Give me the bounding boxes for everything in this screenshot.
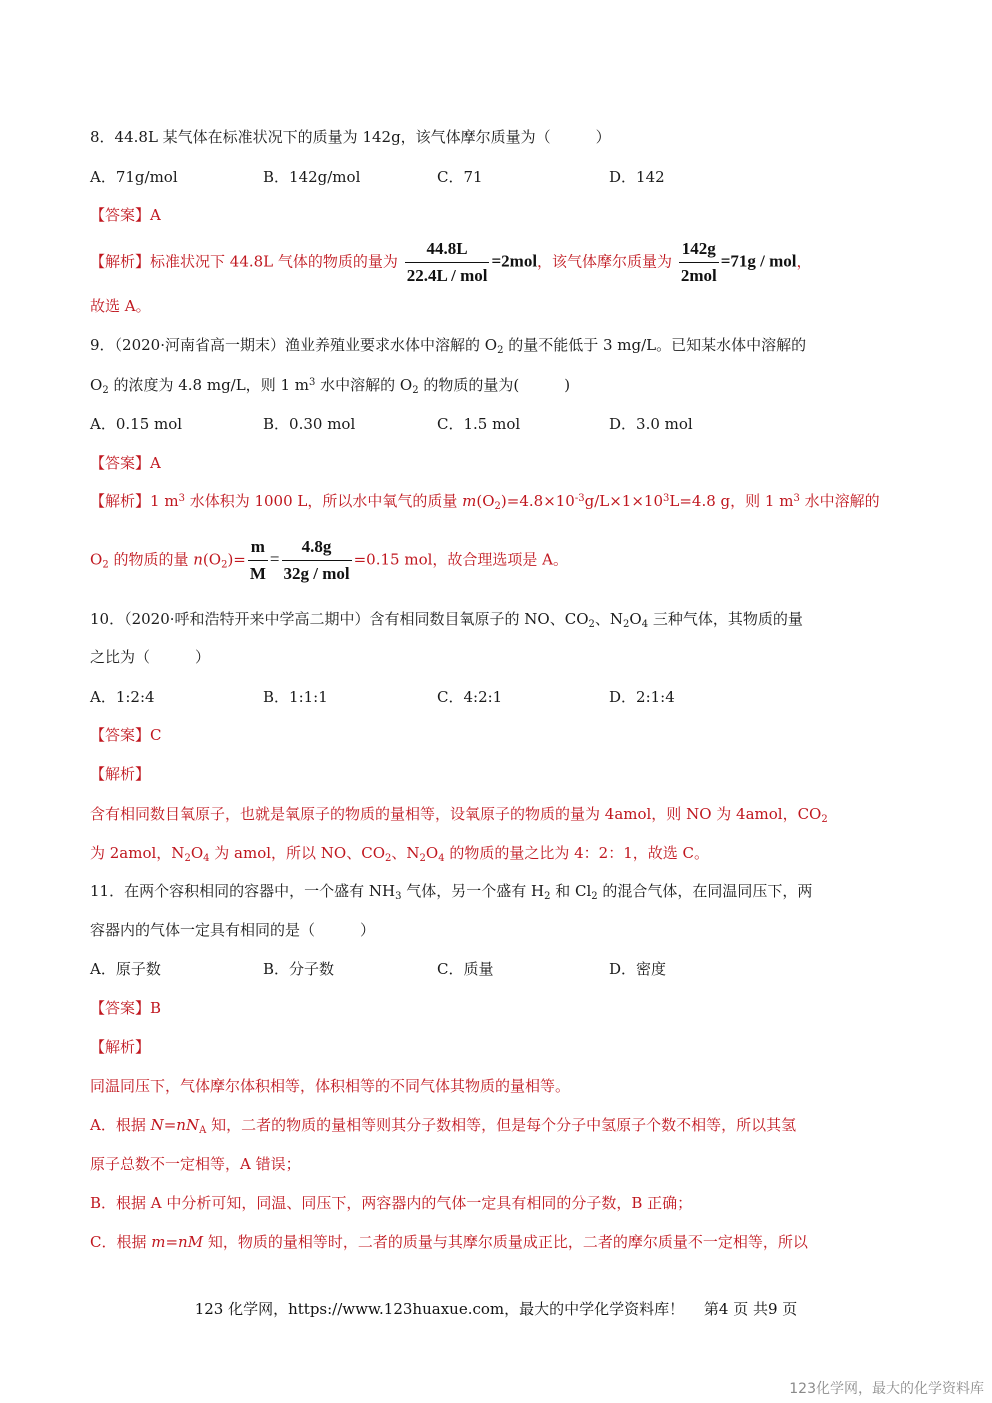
text: 水中溶解的 O: [315, 376, 412, 394]
fraction-moles: 44.8L22.4L / mol: [405, 238, 490, 287]
text: )=4.8×10: [501, 492, 575, 510]
q10-option-c: C．4:2:1: [437, 687, 502, 707]
text: 知，物质的量相等时，二者的质量与其摩尔质量成正比，二者的摩尔质量不一定相等，所以: [203, 1233, 808, 1251]
text: 的物质的量为( ): [419, 376, 570, 394]
fraction-molar-mass: 142g2mol: [679, 238, 719, 287]
q8-option-d: D．142: [609, 167, 665, 187]
q10-stem-line1: 10．（2020·呼和浩特开来中学高二期中）含有相同数目氧原子的 NO、CO2、…: [90, 609, 803, 629]
result-value: =2mol: [491, 252, 537, 271]
q8-answer: 【答案】A: [90, 205, 161, 225]
result-value: =71g / mol: [721, 252, 797, 271]
text: g/L×1×10: [585, 492, 663, 510]
q11-answer: 【答案】B: [90, 998, 161, 1018]
text: 的物质的量之比为 4：2：1，故选 C。: [445, 844, 709, 862]
text: =0.15 mol，故合理选项是 A。: [354, 551, 568, 569]
text: 11．在两个容积相同的容器中，一个盛有 NH: [90, 882, 395, 900]
answer-label: 【答案】: [90, 726, 150, 744]
q11-analysis-line4: B．根据 A 中分析可知，同温、同压下，两容器内的气体一定具有相同的分子数，B …: [90, 1193, 692, 1213]
text: O: [426, 844, 438, 862]
analysis-label: 【解析】: [90, 492, 150, 510]
answer-value: A: [150, 454, 161, 472]
italic-formula: m=nM: [151, 1233, 203, 1251]
fraction-numerator: 142g: [679, 238, 719, 263]
text: 、N: [595, 610, 623, 628]
text: C．根据: [90, 1233, 151, 1251]
text: 9．（2020·河南省高一期末）渔业养殖业要求水体中溶解的 O: [90, 336, 497, 354]
q9-option-c: C．1.5 mol: [437, 414, 520, 434]
italic-formula: N=nN: [151, 1116, 199, 1134]
text: (O: [476, 492, 494, 510]
answer-label: 【答案】: [90, 999, 150, 1017]
fraction-denominator: 2mol: [679, 263, 719, 287]
q9-answer: 【答案】A: [90, 453, 161, 473]
text: 的浓度为 4.8 mg/L，则 1 m: [109, 376, 309, 394]
text: )=: [227, 551, 245, 569]
q10-analysis-label: 【解析】: [90, 764, 150, 784]
text: 1 m: [150, 492, 179, 510]
q11-analysis-line5: C．根据 m=nM 知，物质的量相等时，二者的质量与其摩尔质量成正比，二者的摩尔…: [90, 1232, 808, 1252]
text: (O: [203, 551, 221, 569]
q11-analysis-line2: A．根据 N=nNA 知，二者的物质的量相等则其分子数相等，但是每个分子中氢原子…: [90, 1115, 796, 1135]
q11-option-c: C．质量: [437, 959, 493, 979]
q8-option-b: B．142g/mol: [263, 167, 360, 187]
text: A．根据: [90, 1116, 151, 1134]
q8-analysis: 【解析】标准状况下 44.8L 气体的物质的量为 44.8L22.4L / mo…: [90, 238, 812, 287]
text: L=4.8 g，则 1 m: [669, 492, 793, 510]
analysis-text: 标准状况下 44.8L 气体的物质的量为: [150, 253, 398, 271]
italic-var: m: [462, 492, 476, 510]
italic-var: n: [193, 551, 203, 569]
text: 为 2amol，N: [90, 844, 184, 862]
q9-option-a: A．0.15 mol: [90, 414, 182, 434]
q9-option-d: D．3.0 mol: [609, 414, 693, 434]
text: 含有相同数目氧原子，也就是氧原子的物质的量相等，设氧原子的物质的量为 4amol…: [90, 805, 821, 823]
text: 水体积为 1000 L，所以水中氧气的质量: [185, 492, 462, 510]
q11-stem-line1: 11．在两个容积相同的容器中，一个盛有 NH3 气体，另一个盛有 H2 和 Cl…: [90, 881, 812, 901]
q11-option-d: D．密度: [609, 959, 666, 979]
watermark: 123化学网，最大的化学资料库: [789, 1378, 984, 1398]
q10-analysis-line1: 含有相同数目氧原子，也就是氧原子的物质的量相等，设氧原子的物质的量为 4amol…: [90, 804, 828, 824]
answer-label: 【答案】: [90, 206, 150, 224]
text: 的量不能低于 3 mg/L。已知某水体中溶解的: [503, 336, 806, 354]
fraction-numerator: 4.8g: [282, 536, 352, 561]
text: O: [90, 551, 102, 569]
q11-option-b: B．分子数: [263, 959, 334, 979]
answer-value: C: [150, 726, 161, 744]
q10-stem-line2: 之比为（ ）: [90, 647, 210, 667]
text: 和 Cl: [550, 882, 591, 900]
text: 、N: [391, 844, 419, 862]
analysis-text: ，该气体摩尔质量为: [537, 253, 672, 271]
text: 水中溶解的: [800, 492, 880, 510]
fraction-denominator: M: [248, 561, 268, 585]
punctuation: ，: [797, 253, 812, 271]
text: O: [90, 376, 102, 394]
q8-conclusion: 故选 A。: [90, 296, 151, 316]
fraction-value: 4.8g32g / mol: [282, 536, 352, 585]
text: O: [191, 844, 203, 862]
q9-stem-line1: 9．（2020·河南省高一期末）渔业养殖业要求水体中溶解的 O2 的量不能低于 …: [90, 335, 806, 355]
subscript: 2: [821, 814, 827, 825]
q8-option-a: A．71g/mol: [90, 167, 178, 187]
analysis-label: 【解析】: [90, 253, 150, 271]
fraction-denominator: 22.4L / mol: [405, 263, 490, 287]
q9-analysis-line2: O2 的物质的量 n(O2)=mM=4.8g32g / mol=0.15 mol…: [90, 536, 568, 585]
equals-sign: =: [270, 550, 280, 569]
page-footer: 123 化学网，https://www.123huaxue.com，最大的中学化…: [0, 1298, 992, 1319]
answer-value: B: [150, 999, 161, 1017]
text: 的混合气体，在同温同压下，两: [598, 882, 813, 900]
q9-analysis-line1: 【解析】1 m3 水体积为 1000 L，所以水中氧气的质量 m(O2)=4.8…: [90, 491, 880, 511]
text: O: [629, 610, 641, 628]
q11-stem-line2: 容器内的气体一定具有相同的是（ ）: [90, 920, 375, 940]
q10-option-a: A．1:2:4: [90, 687, 155, 707]
answer-value: A: [150, 206, 161, 224]
q11-analysis-line3: 原子总数不一定相等，A 错误；: [90, 1154, 301, 1174]
q9-stem-line2: O2 的浓度为 4.8 mg/L，则 1 m3 水中溶解的 O2 的物质的量为(…: [90, 375, 570, 395]
text: 的物质的量: [109, 551, 194, 569]
q10-option-b: B．1:1:1: [263, 687, 328, 707]
q11-analysis-label: 【解析】: [90, 1037, 150, 1057]
text: 气体，另一个盛有 H: [401, 882, 544, 900]
q10-analysis-line2: 为 2amol，N2O4 为 amol，所以 NO、CO2、N2O4 的物质的量…: [90, 843, 709, 863]
text: 三种气体，其物质的量: [648, 610, 803, 628]
q8-stem: 8．44.8L 某气体在标准状况下的质量为 142g，该气体摩尔质量为（ ）: [90, 127, 611, 147]
q11-analysis-line1: 同温同压下，气体摩尔体积相等，体积相等的不同气体其物质的量相等。: [90, 1076, 570, 1096]
fraction-m-over-M: mM: [248, 536, 268, 585]
q11-option-a: A．原子数: [90, 959, 161, 979]
text: 为 amol，所以 NO、CO: [210, 844, 386, 862]
q10-option-d: D．2:1:4: [609, 687, 675, 707]
superscript: -3: [575, 493, 585, 504]
q10-answer: 【答案】C: [90, 725, 162, 745]
text: 10．（2020·呼和浩特开来中学高二期中）含有相同数目氧原子的 NO、CO: [90, 610, 589, 628]
q8-option-c: C．71: [437, 167, 483, 187]
fraction-numerator: m: [248, 536, 268, 561]
answer-label: 【答案】: [90, 454, 150, 472]
text: 知，二者的物质的量相等则其分子数相等，但是每个分子中氢原子个数不相等，所以其氢: [206, 1116, 796, 1134]
q9-option-b: B．0.30 mol: [263, 414, 355, 434]
fraction-denominator: 32g / mol: [282, 561, 352, 585]
fraction-numerator: 44.8L: [405, 238, 490, 263]
